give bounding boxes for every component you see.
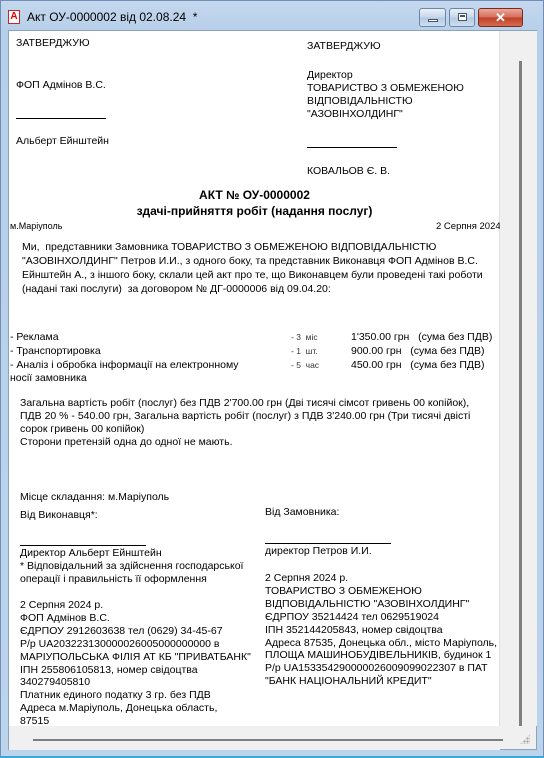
customer-approver: КОВАЛЬОВ Є. В. <box>307 165 390 178</box>
footnote-line: * Відповідальний за здійснення господарс… <box>20 560 243 573</box>
maximize-button[interactable] <box>449 8 475 27</box>
executor-detail-line: Р/р UA203223130000026005000000000 в <box>20 638 219 651</box>
customer-detail-line: "БАНК НАЦІОНАЛЬНИЙ КРЕДИТ" <box>265 675 432 688</box>
executor-signer: Директор Альберт Ейнштейн <box>20 547 162 560</box>
intro-line: (надані такі послуги) за договором № ДГ-… <box>22 283 331 296</box>
customer-org-line: "АЗОВІНХОЛДИНГ" <box>307 108 403 121</box>
intro-line: Ми, представники Замовника ТОВАРИСТВО З … <box>22 241 436 254</box>
totals-line: ПДВ 20 % - 540.00 грн, Загальна вартість… <box>20 410 470 423</box>
executor-detail-line: ФОП Адмінов В.С. <box>20 612 110 625</box>
footnote-line: операції і правильність її оформлення <box>20 573 207 586</box>
executor-signature-line <box>20 545 146 546</box>
customer-org-line: ТОВАРИСТВО З ОБМЕЖЕНОЮ <box>307 82 464 95</box>
customer-detail-line: ПЛОЩА МАШИНОБУДІВЕЛЬНИКІВ, будинок 1 <box>265 649 491 662</box>
executor-org: ФОП Адмінов В.С. <box>16 79 106 92</box>
vertical-scroll-thumb[interactable] <box>519 61 522 726</box>
document-viewport: ЗАТВЕРДЖУЮ ФОП Адмінов В.С. Альберт Ейнш… <box>8 30 537 750</box>
customer-position: Директор <box>307 69 353 82</box>
service-name: носії замовника <box>10 372 87 385</box>
executor-detail-line: Адреса м.Маріуполь, Донецька область, <box>20 702 217 715</box>
customer-org-line: ВІДПОВІДАЛЬНІСТЮ <box>307 95 413 108</box>
executor-label: Від Виконавця*: <box>20 509 98 522</box>
customer-detail-line: ТОВАРИСТВО З ОБМЕЖЕНОЮ <box>265 585 422 598</box>
document-red-icon: A <box>8 10 20 24</box>
act-subtitle: здачі-прийняття робіт (надання послуг) <box>9 204 500 219</box>
close-icon: ✕ <box>479 9 522 26</box>
service-name: - Реклама <box>10 331 59 344</box>
horizontal-scrollbar[interactable] <box>9 726 500 750</box>
customer-detail-line: ВІДПОВІДАЛЬНІСТЮ "АЗОВІНХОЛДИНГ" <box>265 598 469 611</box>
customer-detail-line: Адреса 87535, Донецька обл., місто Маріу… <box>265 637 497 650</box>
horizontal-scroll-thumb[interactable] <box>33 739 503 741</box>
signature-line-right <box>307 147 397 148</box>
executor-detail-line: ЄДРПОУ 2912603638 тел (0629) 34-45-67 <box>20 625 223 638</box>
executor-detail-line: ІПН 255806105813, номер свідоцтва <box>20 664 198 677</box>
service-amount: 1'350.00 грн (сума без ПДВ) <box>351 331 492 344</box>
customer-label: Від Замовника: <box>265 506 339 519</box>
totals-line: Загальна вартість робіт (послуг) без ПДВ… <box>20 397 469 410</box>
document-window: A Акт ОУ-0000002 від 02.08.24 * ✕ ЗАТВЕР… <box>0 0 544 758</box>
close-button[interactable]: ✕ <box>478 8 523 27</box>
service-quantity: - 5 час <box>291 359 319 372</box>
customer-detail-line: 2 Серпня 2024 р. <box>265 572 348 585</box>
customer-signer: директор Петров И.И. <box>265 545 372 558</box>
approve-left: ЗАТВЕРДЖУЮ <box>16 37 90 50</box>
totals-line: Сторони претензій одна до одної не мають… <box>20 436 233 449</box>
executor-detail-line: Платник единого податку 3 гр. без ПДВ <box>20 689 211 702</box>
service-quantity: - 3 міс <box>291 331 318 344</box>
executor-detail-line: 2 Серпня 2024 р. <box>20 599 103 612</box>
service-quantity: - 1 шт. <box>291 345 318 358</box>
customer-signature-line <box>265 543 391 544</box>
vertical-scrollbar[interactable] <box>500 31 537 726</box>
act-title: АКТ № ОУ-0000002 <box>9 188 500 203</box>
service-amount: 900.00 грн (сума без ПДВ) <box>351 345 485 358</box>
service-name: - Аналіз і обробка інформації на електро… <box>10 359 239 372</box>
intro-line: Ейнштейн А., з іншого боку, склали цей а… <box>22 269 483 282</box>
signature-line-left <box>16 118 106 119</box>
customer-detail-line: ІПН 352144205843, номер свідоцтва <box>265 624 443 637</box>
title-bar[interactable]: A Акт ОУ-0000002 від 02.08.24 * ✕ <box>1 1 543 30</box>
service-name: - Транспортировка <box>10 345 101 358</box>
service-amount: 450.00 грн (сума без ПДВ) <box>351 359 485 372</box>
minimize-button[interactable] <box>419 8 446 27</box>
customer-detail-line: Р/р UA153354290000026009099022307 в ПАТ <box>265 662 488 675</box>
place-of-composition: Місце складання: м.Маріуполь <box>20 491 169 504</box>
minimize-icon <box>428 19 438 22</box>
executor-detail-line: 340279405810 <box>20 676 90 689</box>
maximize-icon <box>458 13 467 21</box>
executor-approver: Альберт Ейнштейн <box>16 135 109 148</box>
act-city: м.Маріуполь <box>10 220 62 233</box>
customer-detail-line: ЄДРПОУ 35214424 тел 0629519024 <box>265 611 439 624</box>
executor-detail-line: МАРІУПОЛЬСЬКА ФІЛІЯ АТ КБ "ПРИВАТБАНК" <box>20 651 251 664</box>
window-title: Акт ОУ-0000002 від 02.08.24 * <box>27 10 197 24</box>
approve-right: ЗАТВЕРДЖУЮ <box>307 40 381 53</box>
document-page: ЗАТВЕРДЖУЮ ФОП Адмінов В.С. Альберт Ейнш… <box>9 31 500 726</box>
resize-grip-icon[interactable] <box>520 734 530 744</box>
intro-line: "АЗОВІНХОЛДИНГ" Петров И.И., з одного бо… <box>22 255 478 268</box>
totals-line: сорок гривень 00 копійок) <box>20 423 144 436</box>
